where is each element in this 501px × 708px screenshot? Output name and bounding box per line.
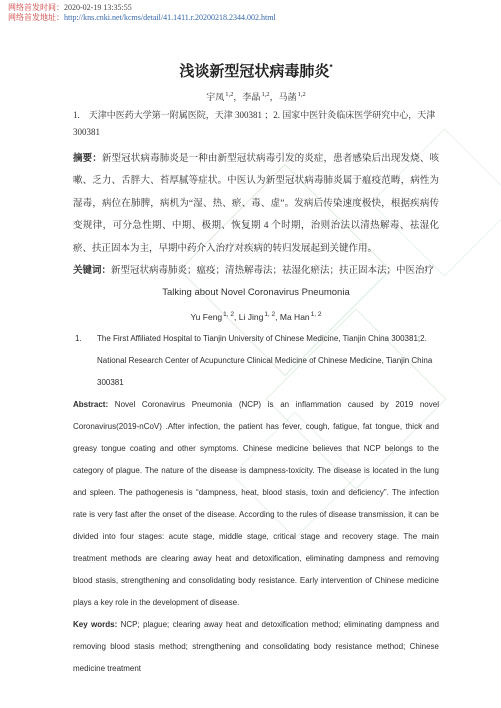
- author-name-en: Ma Han: [280, 312, 310, 322]
- publish-time-row: 网络首发时间：2020-02-19 13:35:55: [8, 3, 276, 13]
- author-name-cn: 马菡: [279, 92, 297, 102]
- publish-time-label: 网络首发时间：: [8, 3, 64, 12]
- abstract-text-en: Novel Coronavirus Pneumonia (NCP) is an …: [73, 400, 439, 607]
- abstract-label-en: Abstract:: [73, 400, 108, 409]
- author-sup: 1, 2: [223, 311, 234, 318]
- author-name-en: Li Jing: [239, 312, 264, 322]
- publish-url-link[interactable]: http://kns.cnki.net/kcms/detail/41.1411.…: [64, 13, 276, 22]
- publish-time-value: 2020-02-19 13:35:55: [64, 3, 132, 12]
- online-first-meta: 网络首发时间：2020-02-19 13:35:55 网络首发地址：http:/…: [8, 3, 276, 23]
- author-separator: ，: [270, 92, 279, 102]
- keywords-en: Key words: NCP; plague; clearing away he…: [73, 614, 439, 680]
- affiliation-en-number: 1.: [73, 328, 97, 394]
- authors-en: Yu Feng1, 2, Li Jing1, 2, Ma Han1, 2: [73, 304, 439, 328]
- affiliation-en-text: The First Affiliated Hospital to Tianjin…: [97, 328, 439, 394]
- abstract-en: Abstract: Novel Coronavirus Pneumonia (N…: [73, 394, 439, 614]
- abstract-label-cn: 摘要：: [73, 153, 102, 164]
- abstract-cn: 摘要：新型冠状病毒肺炎是一种由新型冠状病毒引发的炎症，患者感染后出现发烧、咳嗽、…: [73, 148, 439, 260]
- author-sup: 1, 2: [264, 311, 275, 318]
- publish-url-label: 网络首发地址：: [8, 13, 64, 22]
- keywords-label-en: Key words:: [73, 620, 117, 629]
- author-name-en: Yu Feng: [190, 312, 222, 322]
- keywords-text-en: NCP; plague; clearing away heat and deto…: [73, 620, 439, 673]
- page-title-en: Talking about Novel Coronavirus Pneumoni…: [73, 282, 439, 304]
- page-title-cn: 浅谈新型冠状病毒肺炎*: [73, 56, 439, 84]
- keywords-text-cn: 新型冠状病毒肺炎；瘟疫；清热解毒法；祛湿化瘀法；扶正固本法；中医治疗: [111, 266, 434, 276]
- affiliation-cn: 1. 天津中医药大学第一附属医院，天津 300381 ；2. 国家中医针灸临床医…: [73, 107, 439, 141]
- article-body: 浅谈新型冠状病毒肺炎* 宇凤1,2，李晶1,2，马菡1,2 1. 天津中医药大学…: [73, 56, 439, 680]
- affiliation-en: 1.The First Affiliated Hospital to Tianj…: [73, 328, 439, 394]
- authors-cn: 宇凤1,2，李晶1,2，马菡1,2: [73, 87, 439, 105]
- abstract-text-cn: 新型冠状病毒肺炎是一种由新型冠状病毒引发的炎症，患者感染后出现发烧、咳嗽、乏力、…: [73, 154, 439, 254]
- keywords-label-cn: 关键词：: [73, 265, 111, 276]
- title-footnote-marker: *: [329, 63, 332, 72]
- author-sup: 1, 2: [311, 311, 322, 318]
- keywords-cn: 关键词：新型冠状病毒肺炎；瘟疫；清热解毒法；祛湿化瘀法；扶正固本法；中医治疗: [73, 260, 439, 282]
- publish-url-row: 网络首发地址：http://kns.cnki.net/kcms/detail/4…: [8, 13, 276, 23]
- paper-page: 网络首发时间：2020-02-19 13:35:55 网络首发地址：http:/…: [0, 0, 501, 708]
- author-sup: 1,2: [298, 91, 306, 98]
- author-name-cn: 李晶: [242, 92, 260, 102]
- author-sup: 1,2: [261, 91, 269, 98]
- author-name-cn: 宇凤: [206, 92, 224, 102]
